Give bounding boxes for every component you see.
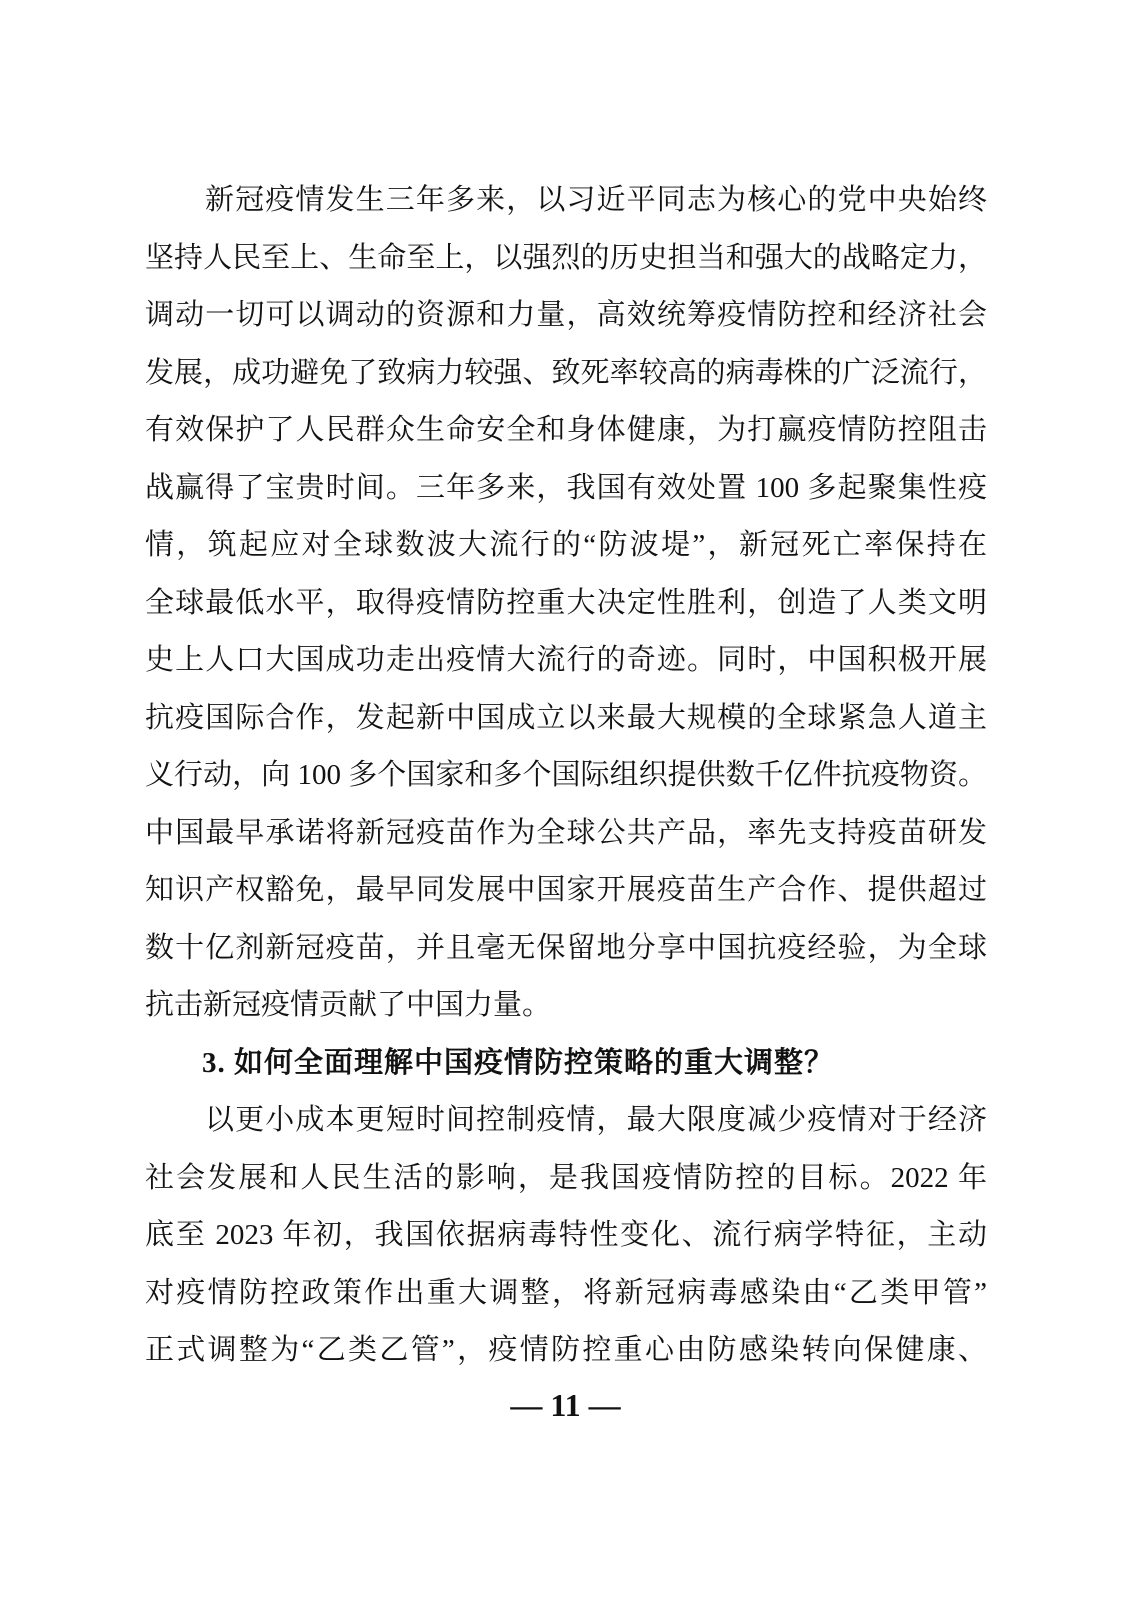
section-heading: 3. 如何全面理解中国疫情防控策略的重大调整？	[145, 1035, 987, 1093]
document-page: 新冠疫情发生三年多来，以习近平同志为核心的党中央始终 坚持人民至上、生命至上，以…	[0, 0, 1131, 1600]
page-body: 新冠疫情发生三年多来，以习近平同志为核心的党中央始终 坚持人民至上、生命至上，以…	[145, 172, 987, 1380]
body-line: 坚持人民至上、生命至上，以强烈的历史担当和强大的战略定力，	[145, 230, 987, 288]
body-line: 对疫情防控政策作出重大调整，将新冠病毒感染由“乙类甲管”	[145, 1265, 987, 1323]
body-line: 数十亿剂新冠疫苗，并且毫无保留地分享中国抗疫经验，为全球	[145, 920, 987, 978]
body-line: 发展，成功避免了致病力较强、致死率较高的病毒株的广泛流行，	[145, 345, 987, 403]
page-number: — 11 —	[0, 1383, 1131, 1427]
body-line: 正式调整为“乙类乙管”，疫情防控重心由防感染转向保健康、	[145, 1322, 987, 1380]
body-line: 全球最低水平，取得疫情防控重大决定性胜利，创造了人类文明	[145, 575, 987, 633]
body-line: 调动一切可以调动的资源和力量，高效统筹疫情防控和经济社会	[145, 287, 987, 345]
body-line: 底至 2023 年初，我国依据病毒特性变化、流行病学特征，主动	[145, 1207, 987, 1265]
body-line: 义行动，向 100 多个国家和多个国际组织提供数千亿件抗疫物资。	[145, 747, 987, 805]
body-line: 抗疫国际合作，发起新中国成立以来最大规模的全球紧急人道主	[145, 690, 987, 748]
body-line: 社会发展和人民生活的影响，是我国疫情防控的目标。2022 年	[145, 1150, 987, 1208]
body-line: 以更小成本更短时间控制疫情，最大限度减少疫情对于经济	[145, 1092, 987, 1150]
body-line: 史上人口大国成功走出疫情大流行的奇迹。同时，中国积极开展	[145, 632, 987, 690]
body-line: 抗击新冠疫情贡献了中国力量。	[145, 977, 987, 1035]
body-line: 中国最早承诺将新冠疫苗作为全球公共产品，率先支持疫苗研发	[145, 805, 987, 863]
body-line: 情，筑起应对全球数波大流行的“防波堤”，新冠死亡率保持在	[145, 517, 987, 575]
body-line: 知识产权豁免，最早同发展中国家开展疫苗生产合作、提供超过	[145, 862, 987, 920]
body-line: 有效保护了人民群众生命安全和身体健康，为打赢疫情防控阻击	[145, 402, 987, 460]
body-line: 战赢得了宝贵时间。三年多来，我国有效处置 100 多起聚集性疫	[145, 460, 987, 518]
body-line: 新冠疫情发生三年多来，以习近平同志为核心的党中央始终	[145, 172, 987, 230]
